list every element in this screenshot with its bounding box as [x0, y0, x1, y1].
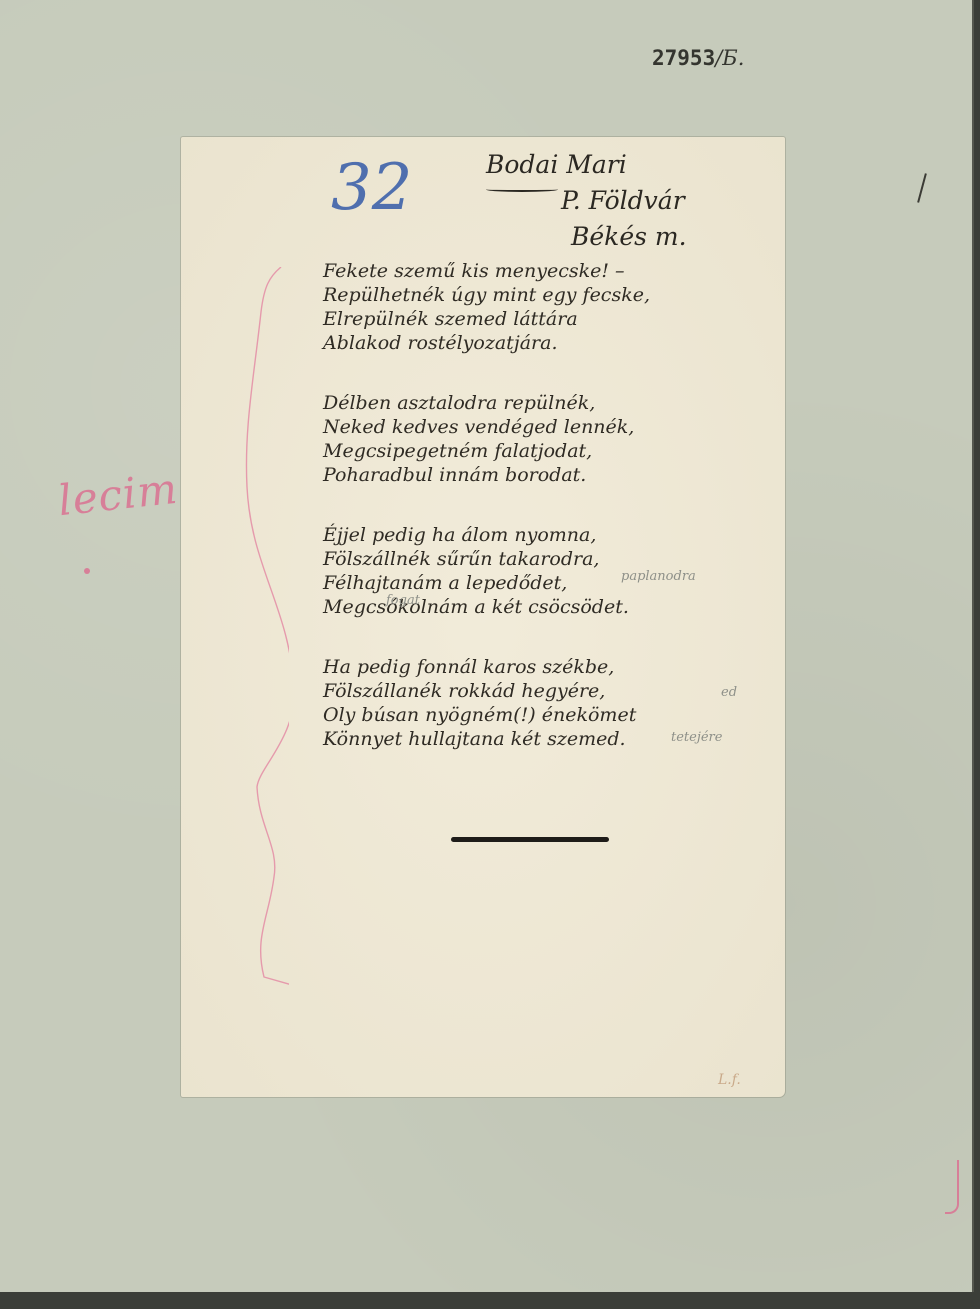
- poem-line: Fölszállnék sűrűn takarodra,: [323, 547, 773, 571]
- poem-line: Ablakod rostélyozatjára.: [323, 331, 773, 355]
- poem-line: Neked kedves vendéged lennék,: [323, 415, 773, 439]
- poem-line: Elrepülnék szemed láttára: [323, 307, 773, 331]
- poem-line: Délben asztalodra repülnék,: [323, 391, 773, 415]
- red-pencil-dot: [84, 568, 90, 574]
- poem-line: Poharadbul innám borodat.: [323, 463, 773, 487]
- pencil-annotation: paplanodra: [621, 569, 696, 584]
- manuscript-sheet: 32 Bodai Mari P. Földvár Békés m. Fekete…: [181, 137, 785, 1097]
- poem-line: Éjjel pedig ha álom nyomna,: [323, 523, 773, 547]
- poem-line: Repülhetnék úgy mint egy fecske,: [323, 283, 773, 307]
- stanza-2: Délben asztalodra repülnék, Neked kedves…: [323, 391, 773, 487]
- poem-line: Ha pedig fonnál karos székbe,: [323, 655, 773, 679]
- faint-corner-mark: L.f.: [718, 1072, 741, 1088]
- pencil-annotation: fogat: [386, 593, 420, 608]
- pencil-annotation: tetejére: [671, 730, 722, 745]
- poem-text: Fekete szemű kis menyecske! – Repülhetné…: [323, 259, 773, 787]
- poem-line: Megcsipegetném falatjodat,: [323, 439, 773, 463]
- shelf-number: 32: [331, 151, 412, 225]
- red-pencil-margin-line: [219, 267, 289, 987]
- pencil-mark: [917, 173, 927, 202]
- pencil-annotation: ed: [721, 685, 737, 700]
- poem-line: Oly búsan nyögném(!) énekömet: [323, 703, 773, 727]
- red-pencil-hook-mark: [945, 1160, 959, 1214]
- address-underline: [486, 187, 558, 192]
- address-name: Bodai Mari: [486, 147, 687, 183]
- poem-line: Fölszállanék rokkád hegyére,: [323, 679, 773, 703]
- accession-suffix: /Б.: [715, 46, 744, 70]
- archive-mount-board: 27953/Б. lecim 32 Bodai Mari P. Földvár …: [0, 0, 974, 1292]
- poem-line: Félhajtanám a lepedődet,: [323, 571, 773, 595]
- collector-address: Bodai Mari P. Földvár Békés m.: [486, 147, 687, 255]
- red-pencil-margin-note: lecim: [56, 464, 181, 525]
- stanza-1: Fekete szemű kis menyecske! – Repülhetné…: [323, 259, 773, 355]
- address-county: Békés m.: [486, 219, 687, 255]
- poem-line: Fekete szemű kis menyecske! –: [323, 259, 773, 283]
- accession-number: 27953/Б.: [652, 46, 744, 70]
- accession-number-digits: 27953: [652, 46, 715, 70]
- end-rule: [451, 837, 609, 842]
